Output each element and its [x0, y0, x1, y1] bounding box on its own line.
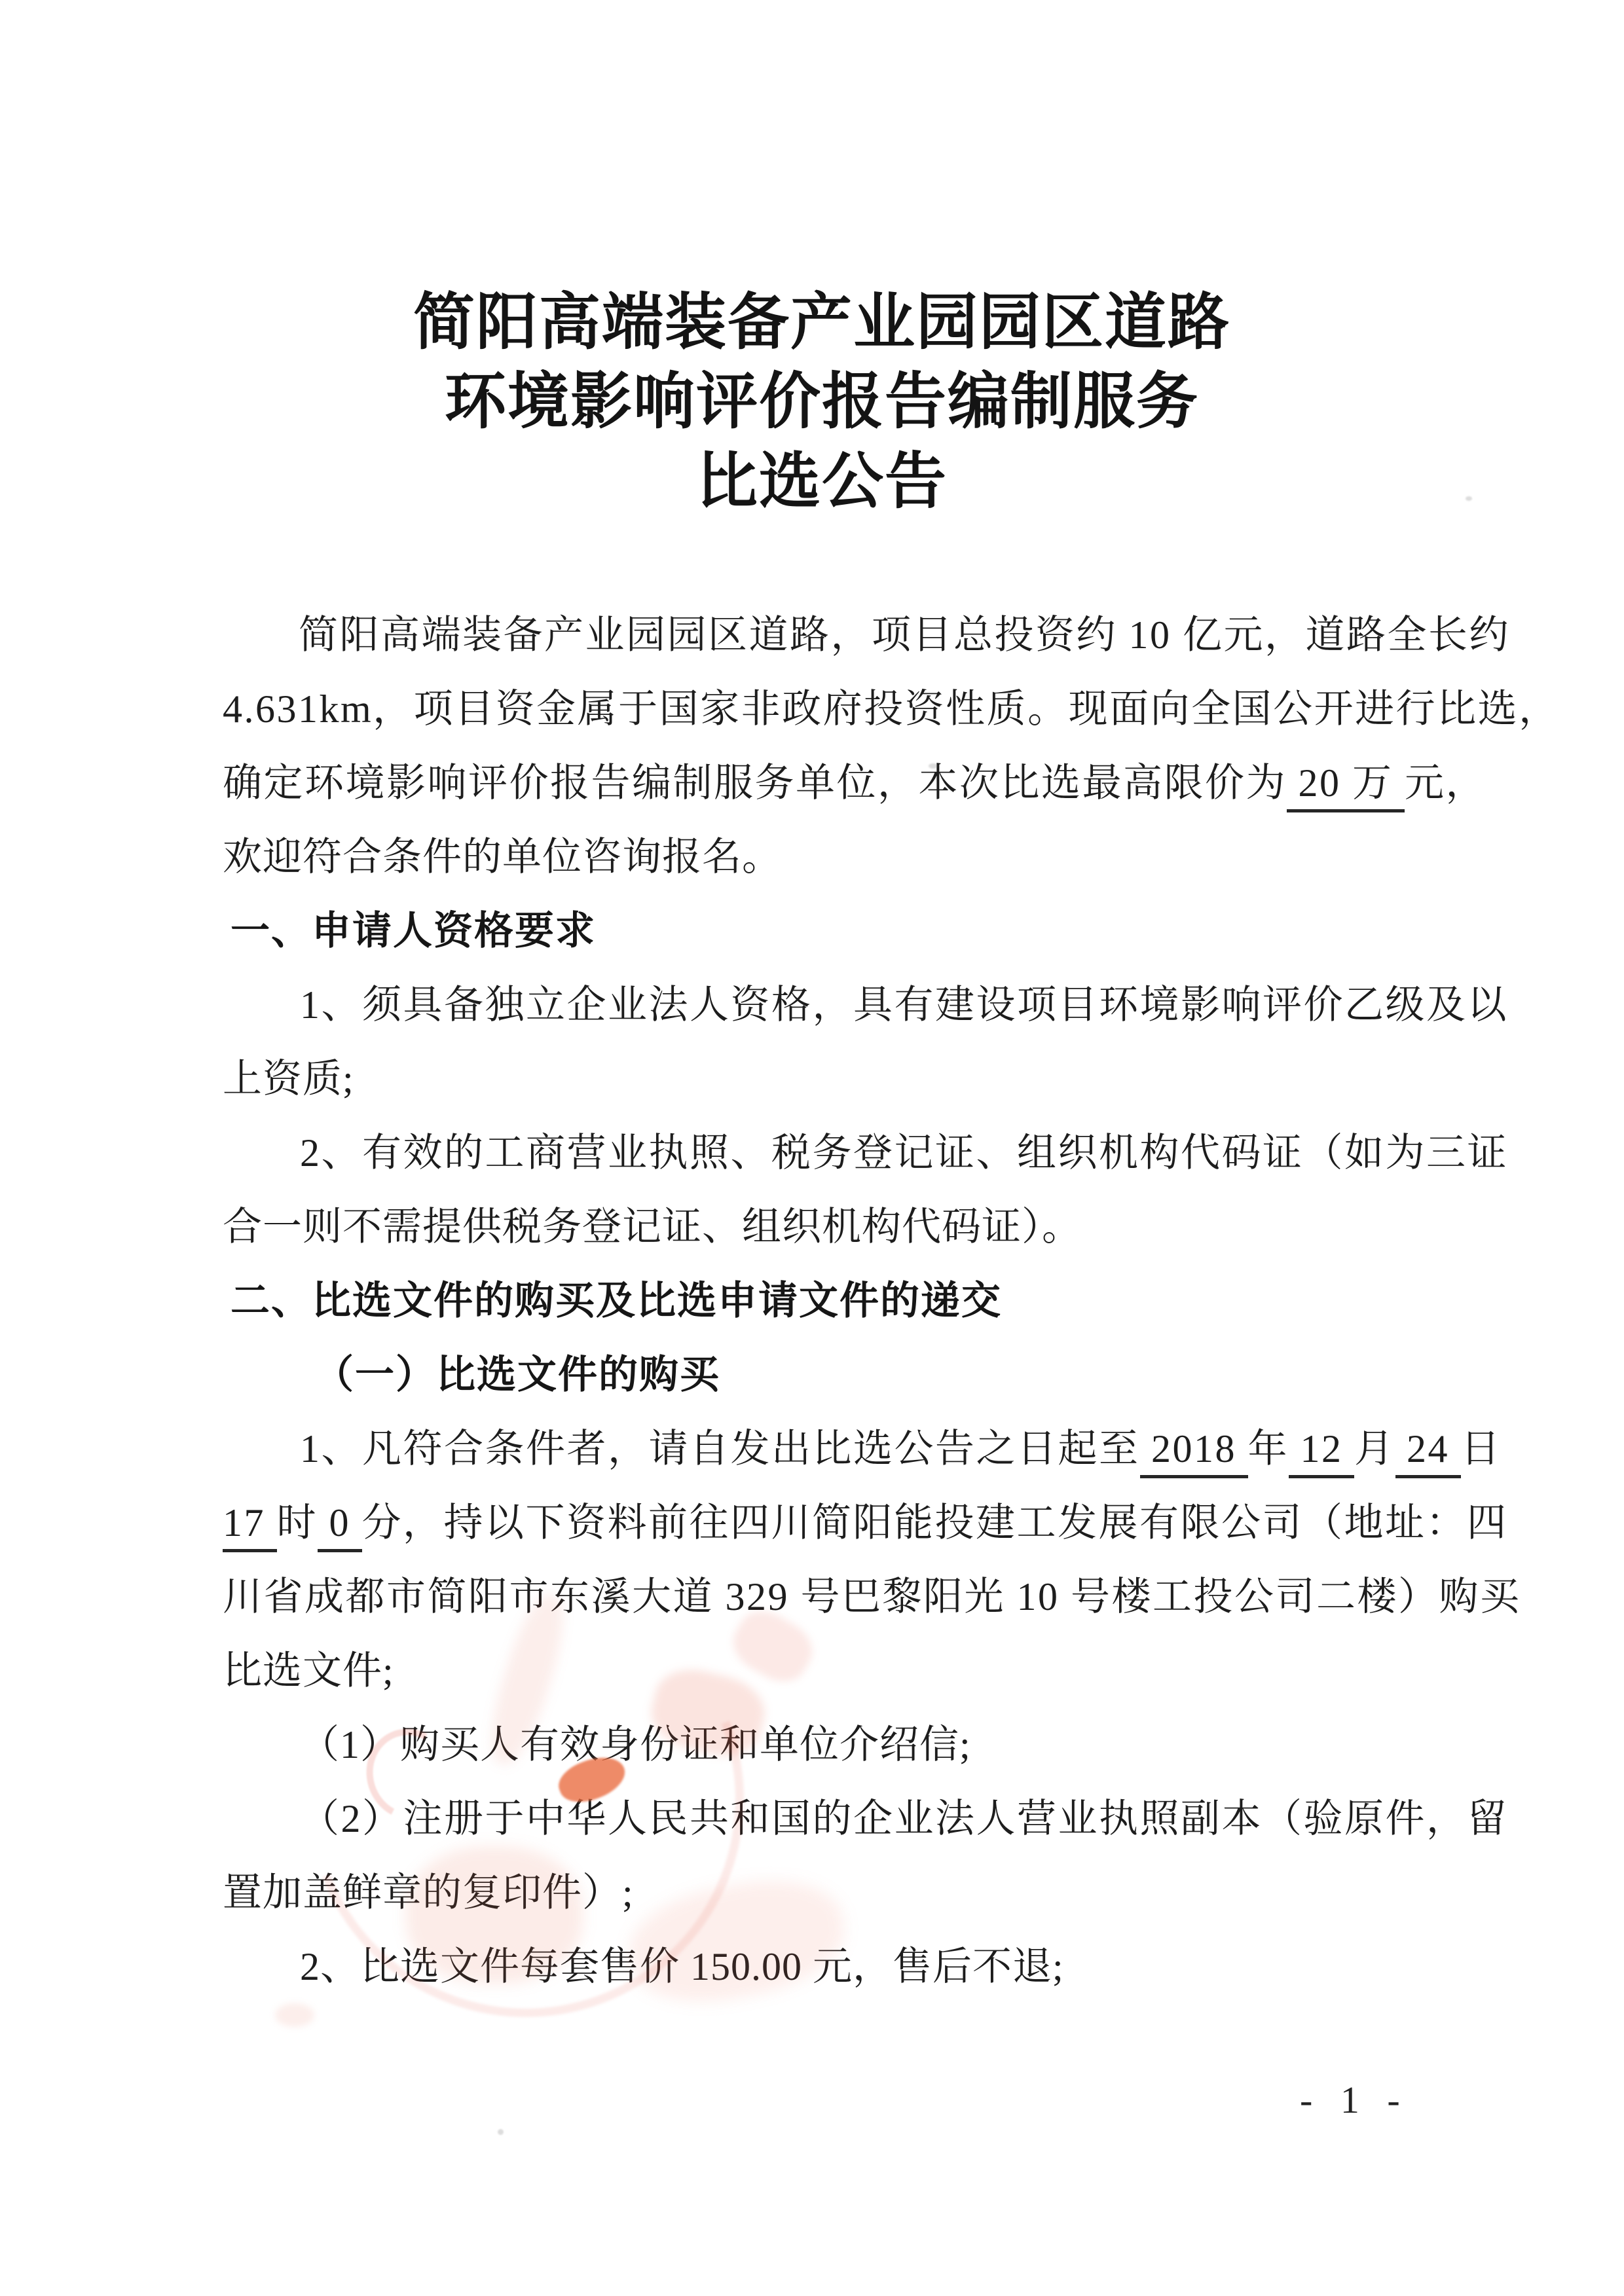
stamp-smudge	[620, 1866, 853, 2016]
deadline-month: 12	[1289, 1427, 1354, 1478]
deadline-day: 24	[1395, 1427, 1461, 1478]
hour-suffix: 时	[277, 1501, 318, 1544]
section-2-sub-item-2-line-2: 置加盖鲜章的复印件）;	[223, 1868, 634, 1917]
intro-line-1: 简阳高端装备产业园园区道路，项目总投资约 10 亿元，道路全长约	[299, 611, 1510, 659]
section-2-heading: 二、比选文件的购买及比选申请文件的递交	[231, 1277, 1002, 1325]
title-line-2: 环境影响评价报告编制服务	[0, 365, 1624, 437]
section-1-heading: 一、申请人资格要求	[231, 907, 596, 955]
deadline-prefix: 1、凡符合条件者，请自发出比选公告之日起至	[300, 1427, 1140, 1470]
section-2-item-1-line-1: 1、凡符合条件者，请自发出比选公告之日起至 2018 年 12 月 24 日	[300, 1425, 1502, 1473]
max-price-underlined-value: 20 万	[1287, 761, 1405, 812]
title-line-3: 比选公告	[0, 445, 1624, 517]
section-1-item-1-line-1: 1、须具备独立企业法人资格，具有建设项目环境影响评价乙级及以	[300, 981, 1508, 1029]
day-suffix: 日	[1461, 1427, 1502, 1470]
title-line-1: 简阳高端装备产业园园区道路	[0, 286, 1624, 358]
section-2-item-2: 2、比选文件每套售价 150.00 元，售后不退;	[300, 1942, 1064, 1991]
section-1-item-2-line-1: 2、有效的工商营业执照、税务登记证、组织机构代码证（如为三证	[300, 1129, 1508, 1177]
section-2-item-1-line-3: 川省成都市简阳市东溪大道 329 号巴黎阳光 10 号楼工投公司二楼）购买	[223, 1573, 1521, 1621]
deadline-minute: 0	[318, 1501, 362, 1552]
section-1-item-2-line-2: 合一则不需提供税务登记证、组织机构代码证）。	[223, 1203, 1082, 1251]
intro-line-3: 确定环境影响评价报告编制服务单位，本次比选最高限价为 20 万 元，	[223, 759, 1486, 807]
scanned-announcement-page: 简阳高端装备产业园园区道路 环境影响评价报告编制服务 比选公告 简阳高端装备产业…	[0, 0, 1624, 2296]
section-2-sub-item-2-line-1: （2）注册于中华人民共和国的企业法人营业执照副本（验原件，留	[300, 1795, 1508, 1843]
scan-speck	[929, 763, 938, 769]
deadline-year: 2018	[1140, 1427, 1248, 1478]
intro-line-2: 4.631km，项目资金属于国家非政府投资性质。现面向全国公开进行比选，	[223, 685, 1560, 733]
scan-speck	[498, 2129, 504, 2135]
stamp-speck	[275, 2003, 314, 2027]
scan-speck	[1466, 496, 1472, 501]
section-1-item-1-line-2: 上资质;	[223, 1055, 354, 1103]
page-number: - 1 -	[1300, 2079, 1409, 2122]
address-text: 分，持以下资料前往四川简阳能投建工发展有限公司（地址：四	[362, 1501, 1508, 1544]
section-2-sub-heading: （一）比选文件的购买	[314, 1351, 720, 1399]
intro-line-3-tail: 元，	[1405, 761, 1486, 805]
year-suffix: 年	[1248, 1427, 1289, 1470]
section-2-item-1-line-4: 比选文件;	[223, 1647, 394, 1695]
month-suffix: 月	[1354, 1427, 1395, 1470]
intro-line-4: 欢迎符合条件的单位咨询报名。	[223, 833, 782, 881]
section-2-item-1-line-2: 17 时 0 分，持以下资料前往四川简阳能投建工发展有限公司（地址：四	[223, 1499, 1508, 1547]
section-2-sub-item-1: （1）购买人有效身份证和单位介绍信;	[300, 1721, 971, 1769]
deadline-hour: 17	[223, 1501, 277, 1552]
intro-line-3-text: 确定环境影响评价报告编制服务单位，本次比选最高限价为	[223, 761, 1287, 805]
